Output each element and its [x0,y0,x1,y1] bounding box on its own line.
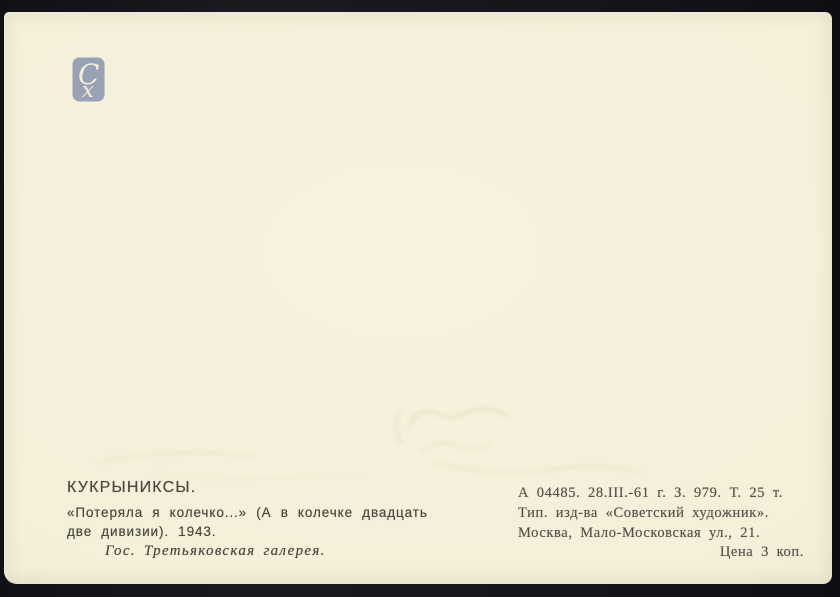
scan-background: С х КУКРЫНИКСЫ. «Потеряла я ко [0,0,840,597]
caption-block: КУКРЫНИКСЫ. «Потеряла я колечко...» (А в… [67,479,467,560]
artwork-title-line-1: «Потеряла я колечко...» (А в колечке два… [67,504,467,523]
gallery-credit: Гос. Третьяковская галерея. [105,543,467,560]
artist-name: КУКРЫНИКСЫ. [67,479,467,497]
postcard-back: С х КУКРЫНИКСЫ. «Потеряла я ко [4,12,832,584]
price-label: Цена 3 коп. [518,543,808,563]
imprint-block: А 04485. 28.III.-61 г. З. 979. Т. 25 т. … [518,484,808,563]
publisher-name: Тип. изд-ва «Советский художник». [518,504,808,524]
logo-letter-x: х [82,78,94,102]
publisher-address: Москва, Мало-Московская ул., 21. [518,524,808,544]
artwork-title-line-2: две дивизии). 1943. [67,523,467,542]
publisher-monogram-stamp: С х [72,57,105,102]
print-order-info: А 04485. 28.III.-61 г. З. 979. Т. 25 т. [518,484,808,504]
publisher-monogram-icon: С х [72,57,105,102]
